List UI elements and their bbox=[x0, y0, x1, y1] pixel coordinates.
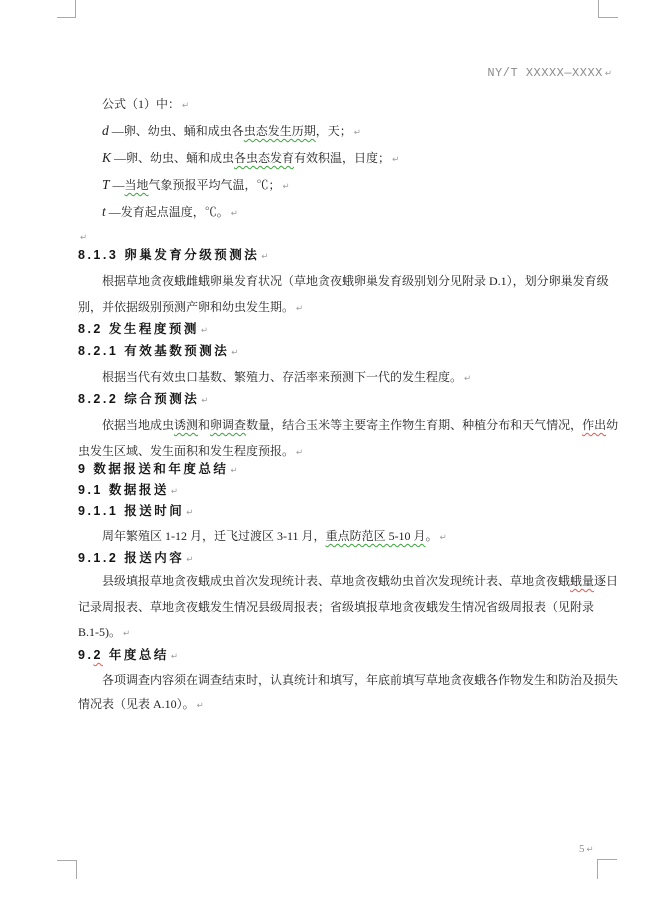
text-segment: 根据当代有效虫口基数、繁殖力、存活率来预测下一代的发生程度。 bbox=[102, 370, 462, 384]
page-number-value: 5 bbox=[579, 843, 585, 855]
text-segment: 记录周报表、草地贪夜蛾发生情况县级周报表；省级填报草地贪夜蛾发生情况省级周报表（… bbox=[78, 600, 594, 614]
paragraph-mark: ↵ bbox=[587, 844, 594, 854]
text-segment: 别，并依据级别预测产卵和幼虫发生期。 bbox=[78, 300, 294, 314]
text-line: 根据草地贪夜蛾雌蛾卵巢发育状况（草地贪夜蛾卵巢发育级别划分见附录 D.1），划分… bbox=[102, 273, 609, 289]
crop-mark-top-right bbox=[598, 0, 599, 18]
paragraph-mark: ↵ bbox=[231, 208, 238, 218]
heading-line: 9.1.2 报送内容↵ bbox=[78, 550, 193, 566]
paragraph-mark: ↵ bbox=[392, 154, 399, 164]
spellcheck-error-green: 当地 bbox=[125, 178, 149, 192]
math-variable: K bbox=[102, 150, 111, 165]
text-segment: 依据当地成虫 bbox=[102, 418, 174, 432]
document-page: NY/T XXXXX—XXXX↵ 公式（1）中：↵d —卵、幼虫、蛹和成虫各虫态… bbox=[0, 0, 655, 911]
text-line: ↵ bbox=[78, 228, 87, 244]
text-segment: 年度总结 bbox=[103, 648, 169, 662]
text-line: 虫发生区域、发生面积和发生程度预报。↵ bbox=[78, 443, 303, 459]
crop-mark-bottom-right bbox=[597, 859, 598, 879]
text-segment: 9.1 数据报送 bbox=[78, 483, 169, 497]
heading-line: 8.2 发生程度预测↵ bbox=[78, 321, 208, 337]
math-variable: d bbox=[102, 123, 109, 138]
text-line: 记录周报表、草地贪夜蛾发生情况县级周报表；省级填报草地贪夜蛾发生情况省级周报表（… bbox=[78, 599, 594, 615]
spellcheck-error-red: 作出 bbox=[582, 418, 606, 432]
crop-mark-bottom-right bbox=[597, 859, 617, 860]
text-line: 各项调查内容须在调查结束时，认真统计和填写，年底前填写草地贪夜蛾各作物发生和防治… bbox=[102, 672, 618, 688]
text-segment: —卵、幼虫、蛹和成虫 bbox=[111, 151, 234, 165]
text-line: K —卵、幼虫、蛹和成虫各虫态发育有效积温，日度；↵ bbox=[102, 150, 399, 166]
paragraph-mark: ↵ bbox=[296, 303, 303, 313]
text-segment: 9.1.2 报送内容 bbox=[78, 551, 184, 565]
paragraph-mark: ↵ bbox=[283, 181, 290, 191]
text-segment: 根据草地贪夜蛾雌蛾卵巢发育状况（草地贪夜蛾卵巢发育级别划分见附录 D.1），划分… bbox=[102, 274, 609, 288]
text-segment: 和 bbox=[198, 418, 210, 432]
spellcheck-error-red: 2 bbox=[93, 648, 102, 662]
paragraph-mark: ↵ bbox=[230, 465, 237, 475]
paragraph-mark: ↵ bbox=[464, 373, 471, 383]
paragraph-mark: ↵ bbox=[186, 507, 193, 517]
heading-line: 9 数据报送和年度总结↵ bbox=[78, 461, 238, 477]
crop-mark-top-right bbox=[598, 17, 618, 18]
text-segment: 情况表（见表 A.10）。 bbox=[78, 697, 195, 711]
paragraph-mark: ↵ bbox=[182, 100, 189, 110]
paragraph-mark: ↵ bbox=[201, 395, 208, 405]
text-segment: 逐日 bbox=[594, 574, 618, 588]
heading-line: 9.2 年度总结↵ bbox=[78, 647, 178, 663]
paragraph-mark: ↵ bbox=[80, 232, 87, 242]
heading-line: 9.1.1 报送时间↵ bbox=[78, 503, 193, 519]
text-segment: 幼 bbox=[606, 418, 618, 432]
spellcheck-error-green: 卵调查 bbox=[210, 418, 246, 432]
paragraph-mark: ↵ bbox=[354, 127, 361, 137]
text-segment: 周年繁殖区 1-12 月，迁飞过渡区 3-11 月， bbox=[102, 529, 326, 543]
page-number: 5↵ bbox=[579, 843, 594, 855]
text-line: B.1-5)。↵ bbox=[78, 624, 130, 640]
spellcheck-error-green: 各虫态发育 bbox=[234, 151, 294, 165]
text-segment: 有效积温，日度； bbox=[294, 151, 390, 165]
text-segment: 各项调查内容须在调查结束时，认真统计和填写，年底前填写草地贪夜蛾各作物发生和防治… bbox=[102, 673, 618, 687]
text-segment: 9 数据报送和年度总结 bbox=[78, 462, 228, 476]
paragraph-mark: ↵ bbox=[296, 447, 303, 457]
math-variable: T bbox=[102, 177, 110, 192]
text-segment: 公式（1）中： bbox=[102, 97, 180, 111]
text-line: T —当地气象预报平均气温，℃；↵ bbox=[102, 177, 290, 193]
paragraph-mark: ↵ bbox=[605, 68, 612, 78]
page-header: NY/T XXXXX—XXXX↵ bbox=[487, 66, 612, 80]
text-line: 依据当地成虫诱测和卵调查数量，结合玉米等主要寄主作物生育期、种植分布和天气情况，… bbox=[102, 417, 618, 433]
text-segment: — bbox=[110, 178, 125, 192]
heading-line: 9.1 数据报送↵ bbox=[78, 482, 178, 498]
text-segment: B.1-5)。 bbox=[78, 625, 121, 639]
paragraph-mark: ↵ bbox=[231, 347, 238, 357]
text-segment: 9.1.1 报送时间 bbox=[78, 504, 184, 518]
text-segment: 气象预报平均气温，℃； bbox=[149, 178, 281, 192]
text-line: 情况表（见表 A.10）。↵ bbox=[78, 696, 204, 712]
spellcheck-error-green: 重点防范区 5-10 月 bbox=[326, 529, 426, 543]
paragraph-mark: ↵ bbox=[171, 486, 178, 496]
text-line: 别，并依据级别预测产卵和幼虫发生期。↵ bbox=[78, 299, 303, 315]
spellcheck-error-red: 蛾量 bbox=[570, 574, 594, 588]
spellcheck-error-green: 诱测 bbox=[174, 418, 198, 432]
text-segment: 数量，结合玉米等主要寄主作物生育期、种植分布和天气情况， bbox=[246, 418, 582, 432]
paragraph-mark: ↵ bbox=[186, 554, 193, 564]
text-line: t —发育起点温度，℃。↵ bbox=[102, 204, 238, 220]
paragraph-mark: ↵ bbox=[440, 532, 447, 542]
text-segment: 8.2.2 综合预测法 bbox=[78, 392, 199, 406]
crop-mark-top-left bbox=[57, 17, 76, 18]
crop-mark-top-left bbox=[75, 0, 76, 18]
text-line: d —卵、幼虫、蛹和成虫各虫态发生历期，天；↵ bbox=[102, 123, 361, 139]
text-segment: 9. bbox=[78, 648, 93, 662]
text-segment: 县级填报草地贪夜蛾成虫首次发现统计表、草地贪夜蛾幼虫首次发现统计表、草地贪夜蛾 bbox=[102, 574, 570, 588]
paragraph-mark: ↵ bbox=[197, 700, 204, 710]
text-line: 县级填报草地贪夜蛾成虫首次发现统计表、草地贪夜蛾幼虫首次发现统计表、草地贪夜蛾蛾… bbox=[102, 573, 618, 589]
spellcheck-error-green: 虫态发生历期 bbox=[244, 124, 316, 138]
text-segment: 虫发生区域、发生面积和发生程度预报。 bbox=[78, 444, 294, 458]
text-segment: —卵、幼虫、蛹和成虫各 bbox=[109, 124, 244, 138]
header-text: NY/T XXXXX—XXXX bbox=[487, 66, 603, 80]
heading-line: 8.2.2 综合预测法↵ bbox=[78, 391, 208, 407]
text-segment: 8.2.1 有效基数预测法 bbox=[78, 344, 229, 358]
text-segment: 8.2 发生程度预测 bbox=[78, 322, 199, 336]
crop-mark-bottom-left bbox=[76, 860, 77, 879]
paragraph-mark: ↵ bbox=[171, 651, 178, 661]
text-segment: ，天； bbox=[316, 124, 352, 138]
crop-mark-bottom-left bbox=[57, 860, 77, 861]
paragraph-mark: ↵ bbox=[123, 628, 130, 638]
text-line: 根据当代有效虫口基数、繁殖力、存活率来预测下一代的发生程度。↵ bbox=[102, 369, 471, 385]
paragraph-mark: ↵ bbox=[261, 251, 268, 261]
heading-line: 8.1.3 卵巢发育分级预测法↵ bbox=[78, 247, 268, 263]
text-segment: 。 bbox=[426, 529, 438, 543]
text-segment: 8.1.3 卵巢发育分级预测法 bbox=[78, 248, 259, 262]
text-line: 周年繁殖区 1-12 月，迁飞过渡区 3-11 月，重点防范区 5-10 月。↵ bbox=[102, 528, 447, 544]
heading-line: 8.2.1 有效基数预测法↵ bbox=[78, 343, 238, 359]
text-line: 公式（1）中：↵ bbox=[102, 96, 189, 112]
text-segment: —发育起点温度，℃。 bbox=[106, 205, 229, 219]
paragraph-mark: ↵ bbox=[201, 325, 208, 335]
